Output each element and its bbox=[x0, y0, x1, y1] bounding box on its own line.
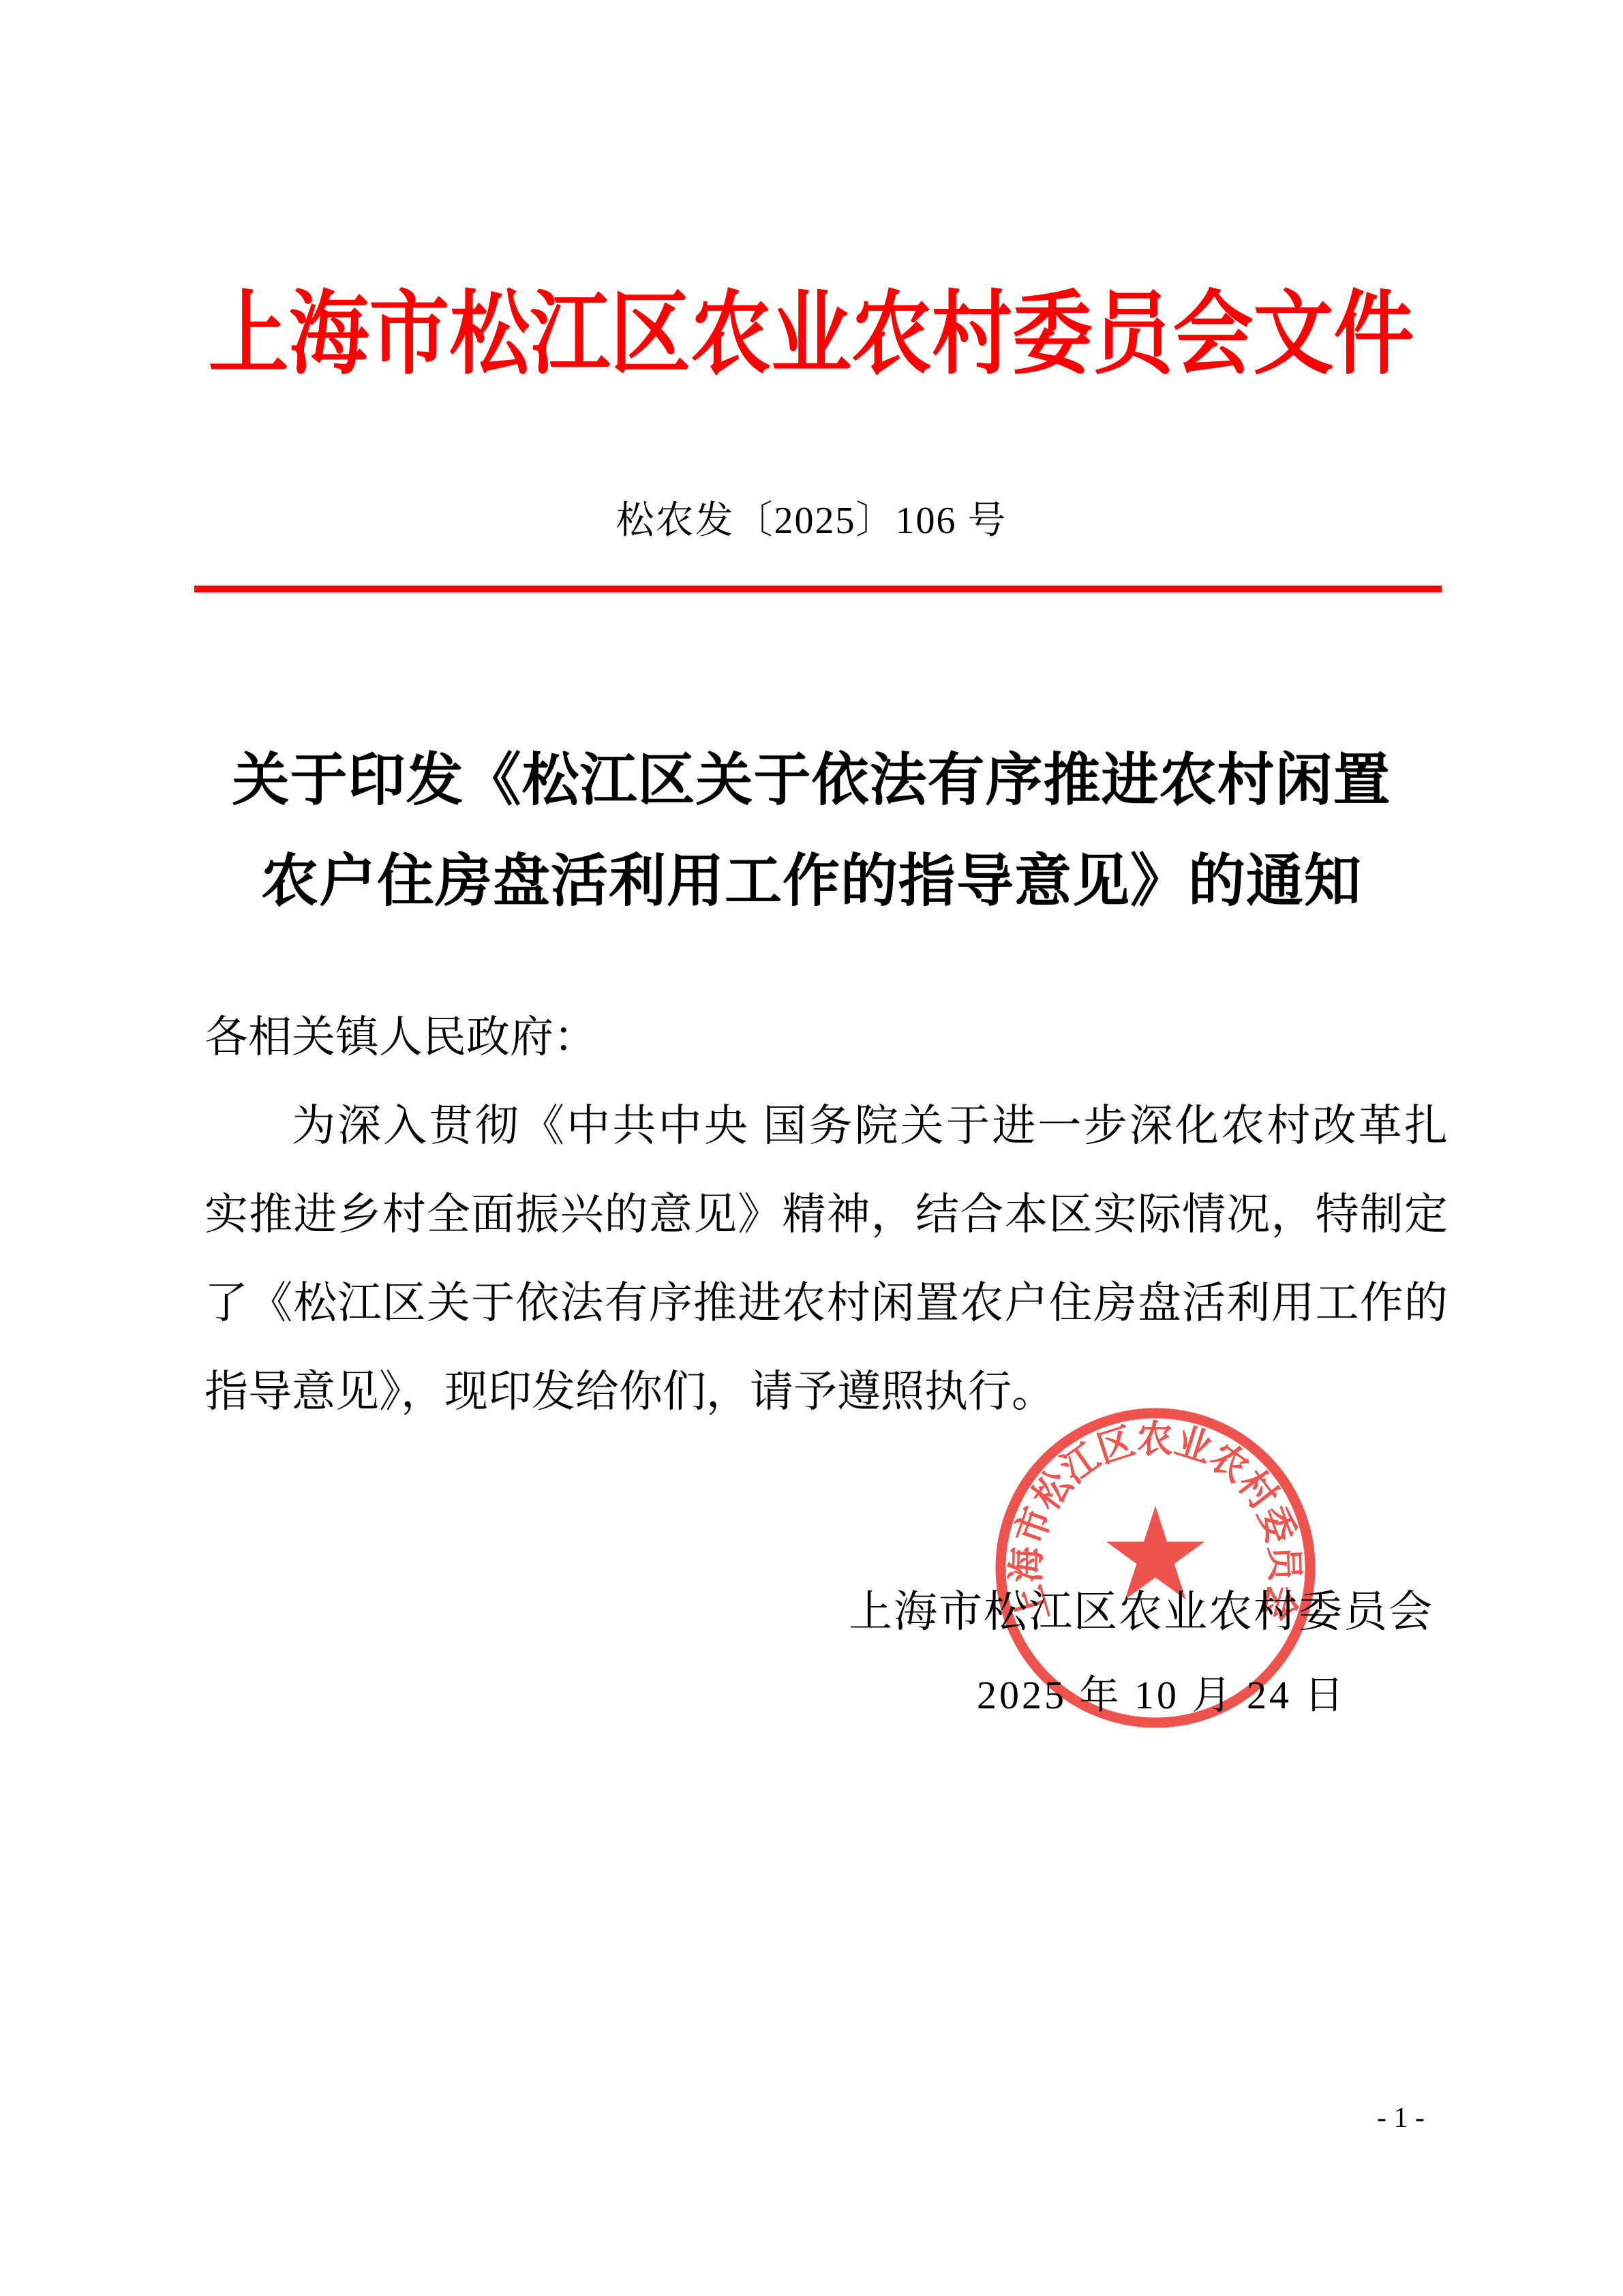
document-title-line1: 关于印发《松江区关于依法有序推进农村闲置 bbox=[0, 731, 1623, 832]
document-title-line2: 农户住房盘活利用工作的指导意见》的通知 bbox=[0, 832, 1623, 933]
document-title: 关于印发《松江区关于依法有序推进农村闲置 农户住房盘活利用工作的指导意见》的通知 bbox=[0, 731, 1623, 933]
body-line: 为深入贯彻《中共中央 国务院关于进一步深化农村改革扎 bbox=[204, 1082, 1448, 1170]
salutation: 各相关镇人民政府： bbox=[204, 993, 1448, 1082]
red-separator-line bbox=[194, 586, 1442, 592]
body-text: 各相关镇人民政府： 为深入贯彻《中共中央 国务院关于进一步深化农村改革扎 实推进… bbox=[204, 993, 1448, 1436]
issuer-signature: 上海市松江区农业农村委员会 bbox=[849, 1588, 1434, 1636]
body-line: 了《松江区关于依法有序推进农村闲置农户住房盘活利用工作的 bbox=[204, 1259, 1448, 1348]
seal-star-icon bbox=[1106, 1506, 1205, 1600]
document-header-title: 上海市松江区农业农村委员会文件 bbox=[209, 289, 1414, 380]
issue-date: 2025 年 10 月 24 日 bbox=[977, 1674, 1347, 1717]
page-number: - 1 - bbox=[1377, 2102, 1425, 2134]
letterhead: 上海市松江区农业农村委员会文件 bbox=[0, 271, 1623, 398]
document-page: 上海市松江区农业农村委员会文件 松农发〔2025〕106 号 关于印发《松江区关… bbox=[0, 0, 1623, 2296]
body-line: 实推进乡村全面振兴的意见》精神，结合本区实际情况，特制定 bbox=[204, 1170, 1448, 1259]
document-number: 松农发〔2025〕106 号 bbox=[0, 496, 1623, 545]
